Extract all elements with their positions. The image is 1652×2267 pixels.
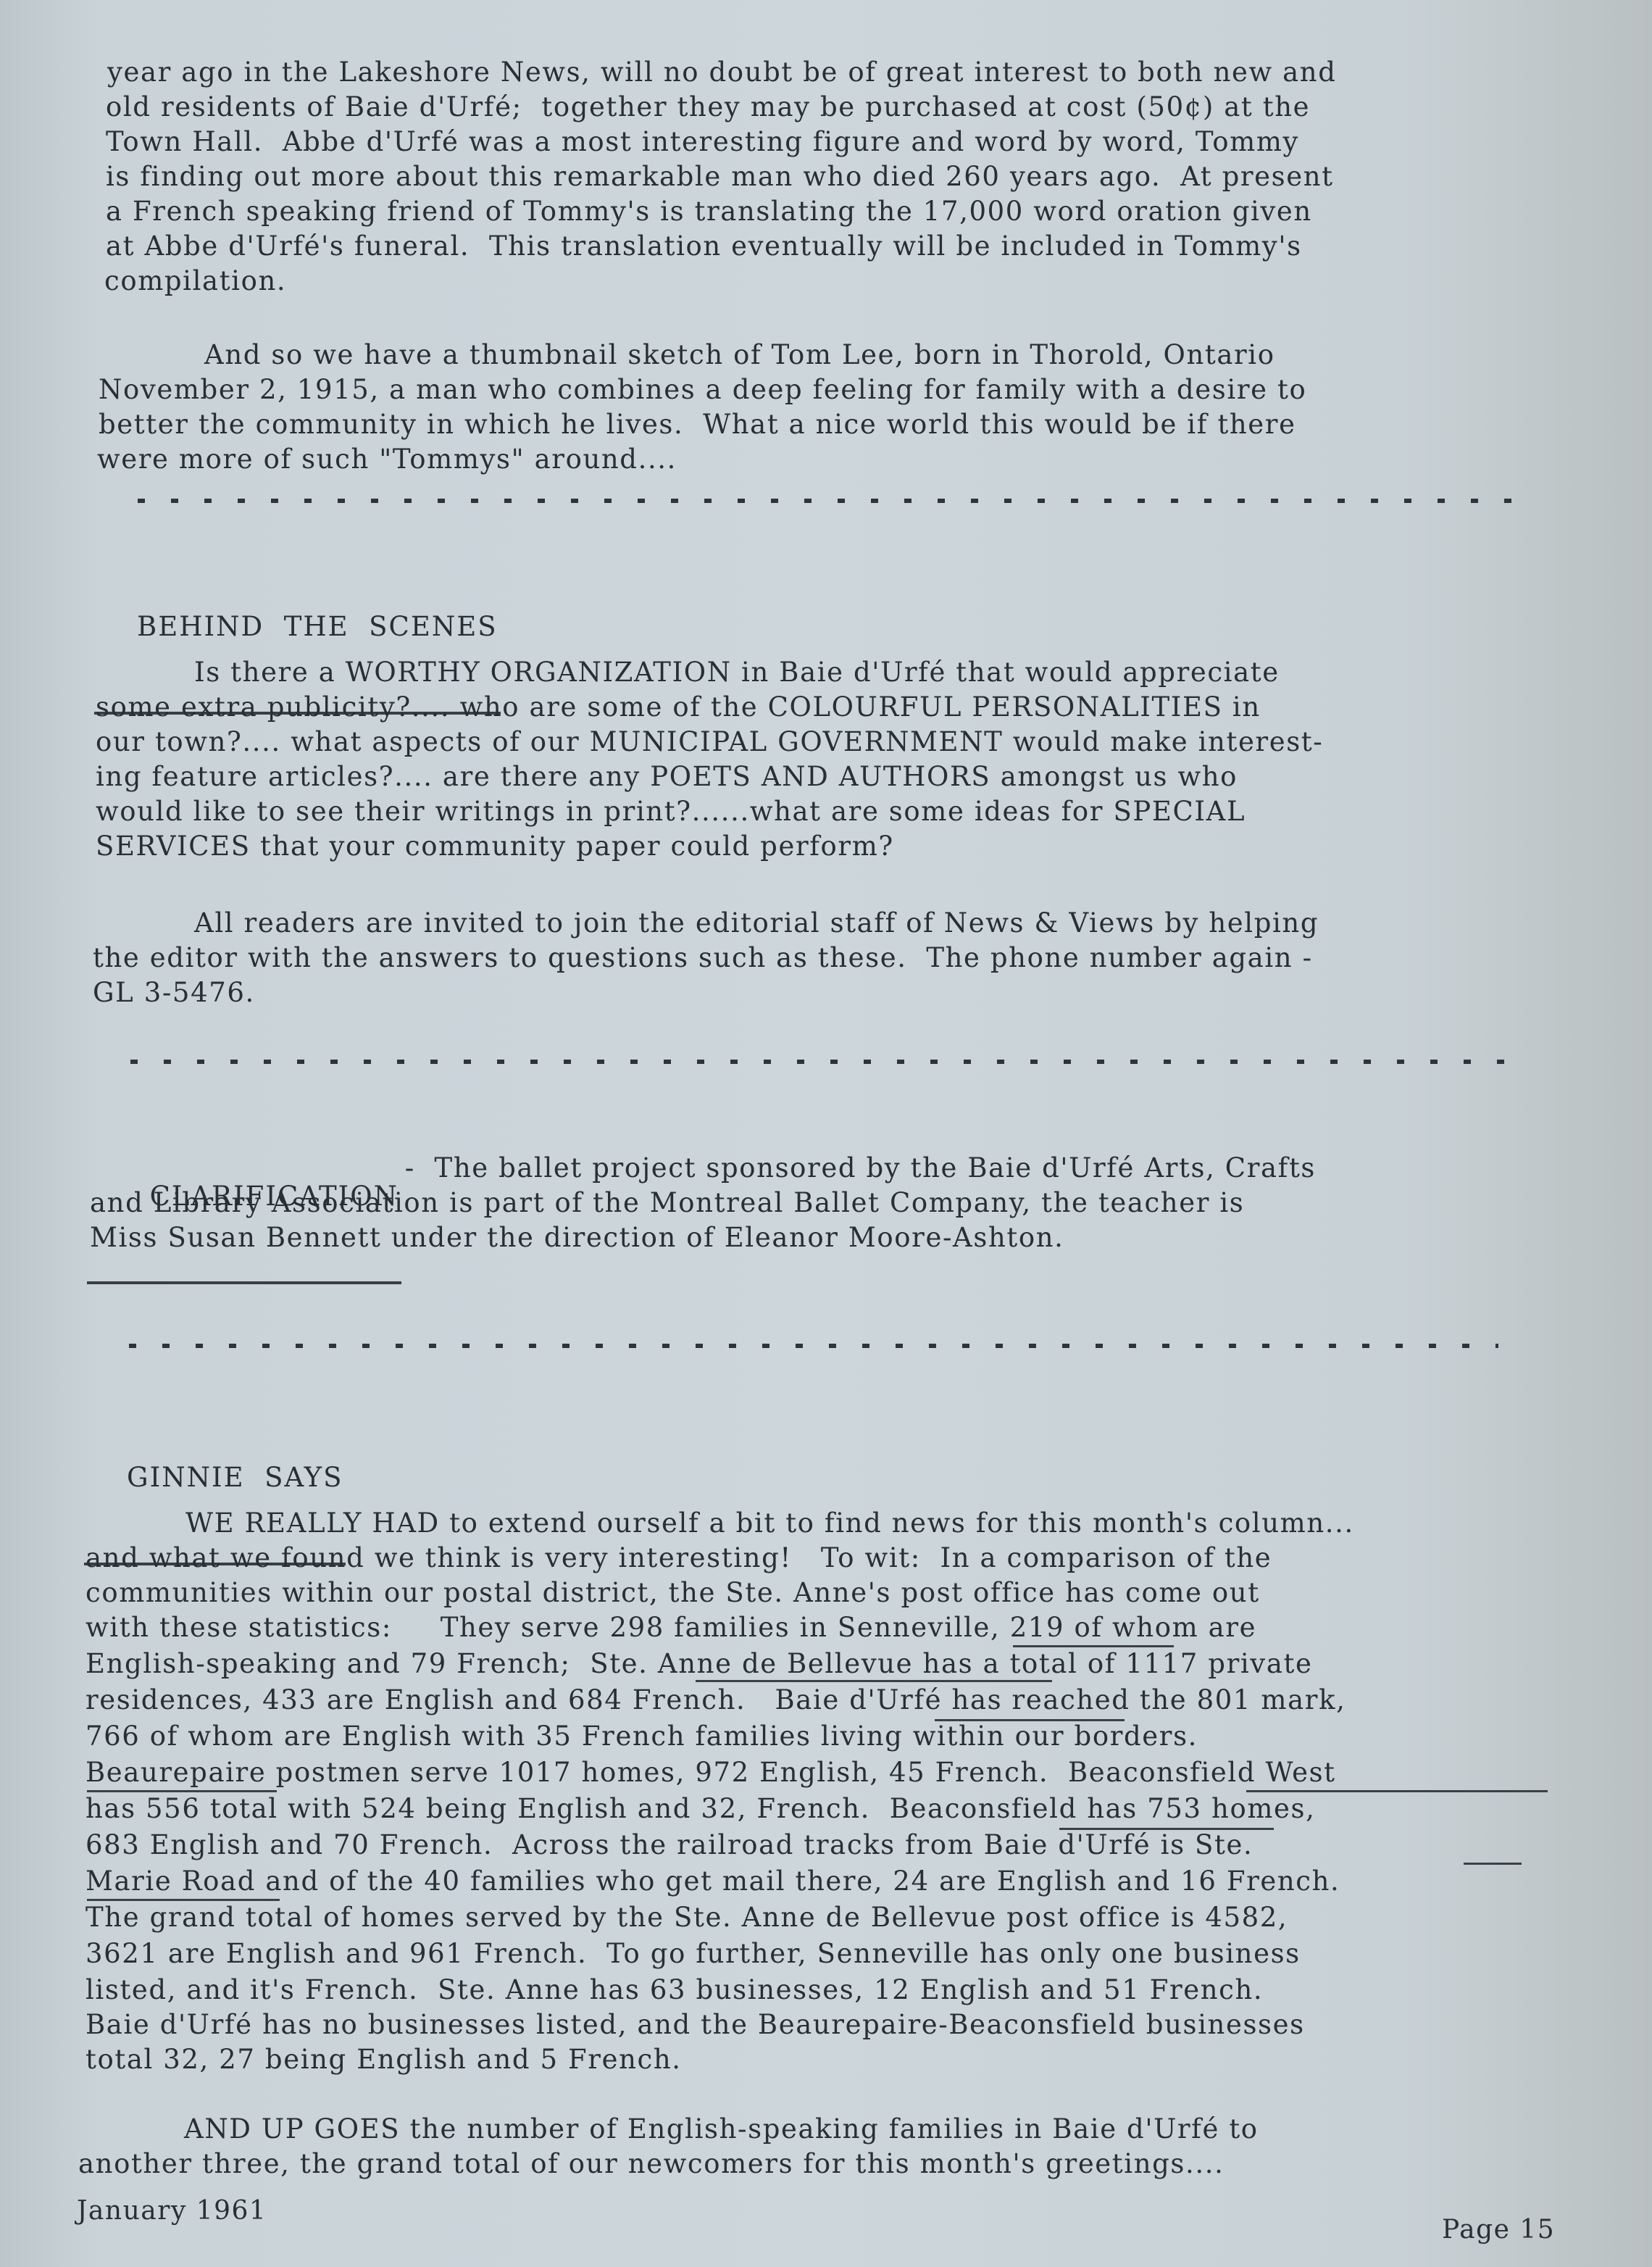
place-underline-marie-road: [87, 1899, 280, 1901]
text-line: and Library Association is part of the M…: [90, 1186, 1244, 1220]
text-line: Is there a WORTHY ORGANIZATION in Baie d…: [194, 655, 1280, 690]
place-underline-beaconsfield: [1059, 1828, 1274, 1830]
place-underline-ste-anne-de-bellevue: [696, 1680, 1052, 1682]
text-line: And so we have a thumbnail sketch of Tom…: [204, 338, 1275, 373]
text-line: listed, and it's French. Ste. Anne has 6…: [85, 1973, 1263, 2008]
place-underline-senneville: [1013, 1645, 1174, 1647]
place-underline-baie-durfe: [935, 1719, 1125, 1721]
text-line: our town?.... what aspects of our MUNICI…: [96, 725, 1323, 760]
text-line: communities within our postal district, …: [85, 1576, 1260, 1610]
place-underline-beaconsfield-west: [1246, 1790, 1548, 1792]
text-line: the editor with the answers to questions…: [93, 941, 1313, 976]
text-line: and what we found we think is very inter…: [85, 1541, 1272, 1576]
dashed-separator: [138, 499, 1514, 503]
text-line: English-speaking and 79 French; Ste. Ann…: [85, 1647, 1312, 1681]
text-line: with these statistics: They serve 298 fa…: [85, 1610, 1256, 1645]
text-line: November 2, 1915, a man who combines a d…: [99, 373, 1306, 407]
text-line: 683 English and 70 French. Across the ra…: [85, 1828, 1253, 1863]
text-line: WE REALLY HAD to extend ourself a bit to…: [185, 1506, 1354, 1541]
text-line: 766 of whom are English with 35 French f…: [85, 1719, 1198, 1754]
place-underline-ste: [1464, 1863, 1522, 1865]
text-line: 3621 are English and 961 French. To go f…: [85, 1937, 1301, 1971]
text-line: Town Hall. Abbe d'Urfé was a most intere…: [106, 125, 1299, 159]
text-line: better the community in which he lives. …: [99, 407, 1296, 442]
heading-underline: [87, 1281, 401, 1284]
text-line: would like to see their writings in prin…: [96, 794, 1246, 829]
text-line: at Abbe d'Urfé's funeral. This translati…: [106, 229, 1302, 264]
dashed-separator: [130, 1060, 1507, 1064]
heading-text: GINNIE SAYS: [127, 1462, 343, 1493]
text-line: Marie Road and of the 40 families who ge…: [85, 1864, 1340, 1899]
text-line: Baie d'Urfé has no businesses listed, an…: [85, 2008, 1305, 2042]
text-line: ing feature articles?.... are there any …: [96, 760, 1238, 794]
text-line: All readers are invited to join the edit…: [194, 906, 1319, 941]
text-line: AND UP GOES the number of English-speaki…: [184, 2112, 1259, 2147]
text-line: another three, the grand total of our ne…: [78, 2147, 1224, 2181]
text-line: compilation.: [104, 264, 286, 299]
heading-text: BEHIND THE SCENES: [137, 611, 498, 642]
text-line: Beaurepaire postmen serve 1017 homes, 97…: [85, 1755, 1336, 1790]
text-line: is finding out more about this remarkabl…: [106, 159, 1334, 194]
text-line: - The ballet project sponsored by the Ba…: [385, 1151, 1316, 1186]
text-line: Miss Susan Bennett under the direction o…: [90, 1220, 1064, 1255]
dashed-separator: [129, 1344, 1498, 1348]
text-line: SERVICES that your community paper could…: [96, 829, 894, 864]
text-line: GL 3-5476.: [93, 976, 255, 1010]
text-line: a French speaking friend of Tommy's is t…: [106, 194, 1312, 229]
newsletter-page: year ago in the Lakeshore News, will no …: [0, 0, 1652, 2267]
text-line: has 556 total with 524 being English and…: [85, 1792, 1315, 1826]
text-line: total 32, 27 being English and 5 French.: [85, 2042, 682, 2077]
place-underline-beaurepaire: [87, 1790, 277, 1792]
text-line: old residents of Baie d'Urfé; together t…: [106, 90, 1310, 125]
text-line: residences, 433 are English and 684 Fren…: [85, 1683, 1346, 1718]
text-line: The grand total of homes served by the S…: [85, 1900, 1288, 1935]
page-number: Page 15: [1442, 2215, 1555, 2245]
text-line: some extra publicity?.... who are some o…: [96, 690, 1261, 725]
text-line: year ago in the Lakeshore News, will no …: [107, 55, 1337, 90]
text-line: were more of such "Tommys" around....: [97, 442, 677, 477]
issue-date: January 1961: [77, 2196, 267, 2226]
